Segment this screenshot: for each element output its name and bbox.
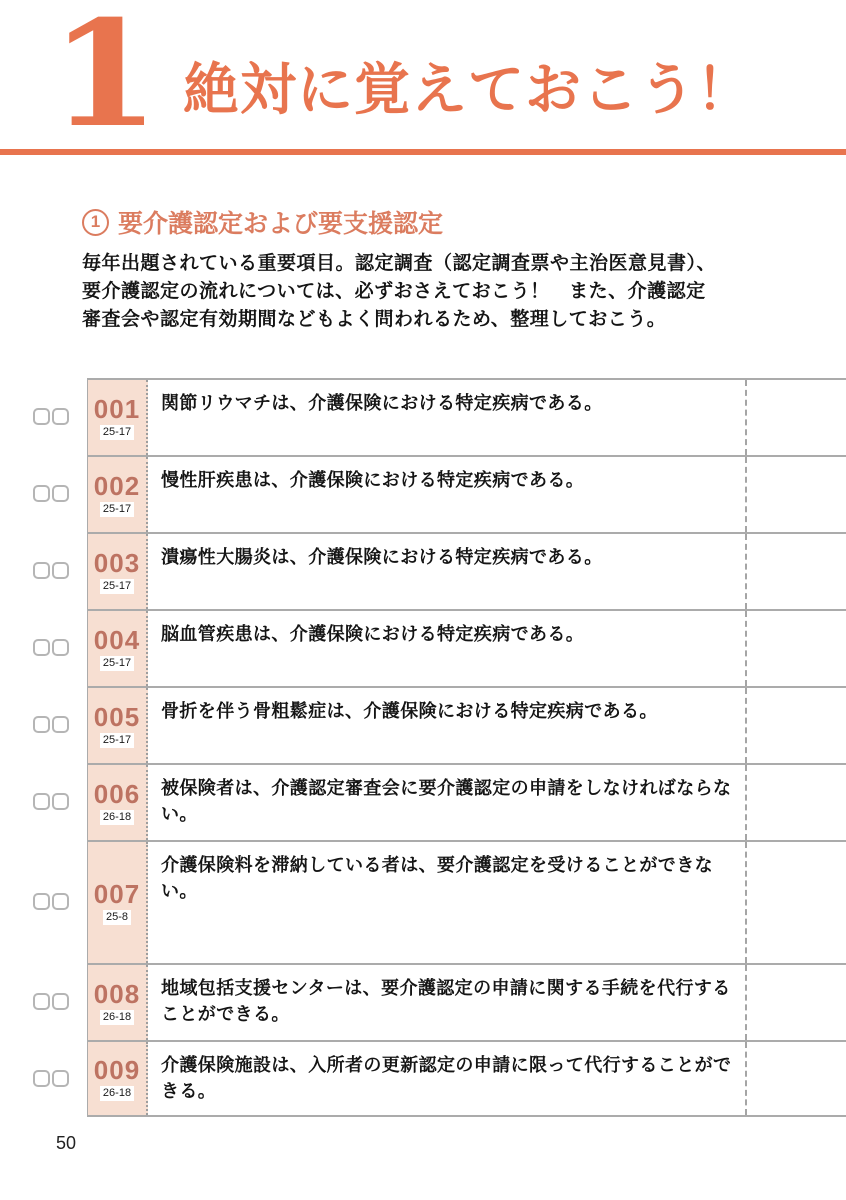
check-box-icon[interactable] <box>52 562 69 579</box>
question-row-001: 001 25-17 関節リウマチは、介護保険における特定疾病である。 <box>0 378 846 455</box>
question-row-003: 003 25-17 潰瘍性大腸炎は、介護保険における特定疾病である。 <box>0 532 846 609</box>
answer-column-cell <box>747 380 846 455</box>
question-row-008: 008 26-18 地域包括支援センターは、要介護認定の申請に関する手続を代行す… <box>0 963 846 1040</box>
question-number: 003 <box>94 550 140 576</box>
answer-column-cell <box>747 611 846 686</box>
question-text: 関節リウマチは、介護保険における特定疾病である。 <box>148 380 747 455</box>
question-number-cell: 006 26-18 <box>88 765 148 840</box>
exam-year-code: 25-17 <box>100 425 134 440</box>
answer-column-cell <box>747 765 846 840</box>
check-box-icon[interactable] <box>52 1070 69 1087</box>
check-box-icon[interactable] <box>52 408 69 425</box>
self-check-boxes <box>0 455 87 532</box>
question-text: 介護保険施設は、入所者の更新認定の申請に限って代行することができる。 <box>148 1042 747 1115</box>
check-box-icon[interactable] <box>33 793 50 810</box>
page-number: 50 <box>56 1133 76 1154</box>
unit-number: 1 <box>50 2 160 148</box>
check-box-icon[interactable] <box>52 639 69 656</box>
check-box-icon[interactable] <box>52 893 69 910</box>
question-text: 慢性肝疾患は、介護保険における特定疾病である。 <box>148 457 747 532</box>
answer-column-cell <box>747 842 846 963</box>
self-check-boxes <box>0 1040 87 1117</box>
question-text: 介護保険料を滞納している者は、要介護認定を受けることができない。 <box>148 842 747 963</box>
question-number: 002 <box>94 473 140 499</box>
question-row-009: 009 26-18 介護保険施設は、入所者の更新認定の申請に限って代行することが… <box>0 1040 846 1117</box>
question-text: 被保険者は、介護認定審査会に要介護認定の申請をしなければならない。 <box>148 765 747 840</box>
question-row-006: 006 26-18 被保険者は、介護認定審査会に要介護認定の申請をしなければなら… <box>0 763 846 840</box>
self-check-boxes <box>0 378 87 455</box>
question-text: 骨折を伴う骨粗鬆症は、介護保険における特定疾病である。 <box>148 688 747 763</box>
question-number-cell: 003 25-17 <box>88 534 148 609</box>
check-box-icon[interactable] <box>33 716 50 733</box>
check-box-icon[interactable] <box>33 639 50 656</box>
question-text: 脳血管疾患は、介護保険における特定疾病である。 <box>148 611 747 686</box>
check-box-icon[interactable] <box>52 993 69 1010</box>
question-row-007: 007 25-8 介護保険料を滞納している者は、要介護認定を受けることができない… <box>0 840 846 963</box>
check-box-icon[interactable] <box>33 893 50 910</box>
workbook-page: 1 絶対に覚えておこう！ 1 要介護認定および要支援認定 毎年出題されている重要… <box>0 0 846 1200</box>
question-number: 009 <box>94 1057 140 1083</box>
exam-year-code: 26-18 <box>100 1086 134 1101</box>
exam-year-code: 25-17 <box>100 502 134 517</box>
question-number: 008 <box>94 981 140 1007</box>
check-box-icon[interactable] <box>52 793 69 810</box>
self-check-boxes <box>0 532 87 609</box>
question-row-005: 005 25-17 骨折を伴う骨粗鬆症は、介護保険における特定疾病である。 <box>0 686 846 763</box>
section-intro: 毎年出題されている重要項目。認定調査（認定調査票や主治医意見書）、 要介護認定の… <box>82 250 792 334</box>
check-box-icon[interactable] <box>52 485 69 502</box>
answer-column-cell <box>747 457 846 532</box>
exam-year-code: 25-17 <box>100 733 134 748</box>
question-number: 004 <box>94 627 140 653</box>
intro-line: 審査会や認定有効期間などもよく問われるため、整理しておこう。 <box>82 306 792 334</box>
check-box-icon[interactable] <box>33 408 50 425</box>
answer-column-cell <box>747 688 846 763</box>
intro-line: 要介護認定の流れについては、必ずおさえておこう！ また、介護認定 <box>82 278 792 306</box>
question-text: 潰瘍性大腸炎は、介護保険における特定疾病である。 <box>148 534 747 609</box>
question-text: 地域包括支援センターは、要介護認定の申請に関する手続を代行することができる。 <box>148 965 747 1040</box>
exam-year-code: 26-18 <box>100 810 134 825</box>
exam-year-code: 25-8 <box>103 910 131 925</box>
self-check-boxes <box>0 840 87 963</box>
circled-number-icon: 1 <box>82 209 109 236</box>
check-box-icon[interactable] <box>33 562 50 579</box>
question-number: 005 <box>94 704 140 730</box>
question-number: 006 <box>94 781 140 807</box>
exam-year-code: 25-17 <box>100 656 134 671</box>
check-box-icon[interactable] <box>33 1070 50 1087</box>
check-box-icon[interactable] <box>33 993 50 1010</box>
self-check-boxes <box>0 609 87 686</box>
question-number-cell: 009 26-18 <box>88 1042 148 1115</box>
intro-line: 毎年出題されている重要項目。認定調査（認定調査票や主治医意見書）、 <box>82 250 792 278</box>
answer-column-cell <box>747 1042 846 1115</box>
question-number-cell: 007 25-8 <box>88 842 148 963</box>
question-number-cell: 004 25-17 <box>88 611 148 686</box>
question-number-cell: 008 26-18 <box>88 965 148 1040</box>
exam-year-code: 26-18 <box>100 1010 134 1025</box>
self-check-boxes <box>0 686 87 763</box>
question-number: 001 <box>94 396 140 422</box>
header-divider-rule <box>0 149 846 155</box>
answer-column-cell <box>747 534 846 609</box>
check-box-icon[interactable] <box>52 716 69 733</box>
answer-column-cell <box>747 965 846 1040</box>
section-heading: 1 要介護認定および要支援認定 <box>82 204 443 240</box>
exam-year-code: 25-17 <box>100 579 134 594</box>
question-number: 007 <box>94 881 140 907</box>
question-number-cell: 005 25-17 <box>88 688 148 763</box>
self-check-boxes <box>0 763 87 840</box>
page-title: 絶対に覚えておこう！ <box>183 46 753 126</box>
question-number-cell: 001 25-17 <box>88 380 148 455</box>
self-check-boxes <box>0 963 87 1040</box>
question-table: 001 25-17 関節リウマチは、介護保険における特定疾病である。 002 2… <box>0 378 846 1117</box>
section-heading-text: 要介護認定および要支援認定 <box>118 204 443 240</box>
question-row-004: 004 25-17 脳血管疾患は、介護保険における特定疾病である。 <box>0 609 846 686</box>
check-box-icon[interactable] <box>33 485 50 502</box>
question-number-cell: 002 25-17 <box>88 457 148 532</box>
question-row-002: 002 25-17 慢性肝疾患は、介護保険における特定疾病である。 <box>0 455 846 532</box>
